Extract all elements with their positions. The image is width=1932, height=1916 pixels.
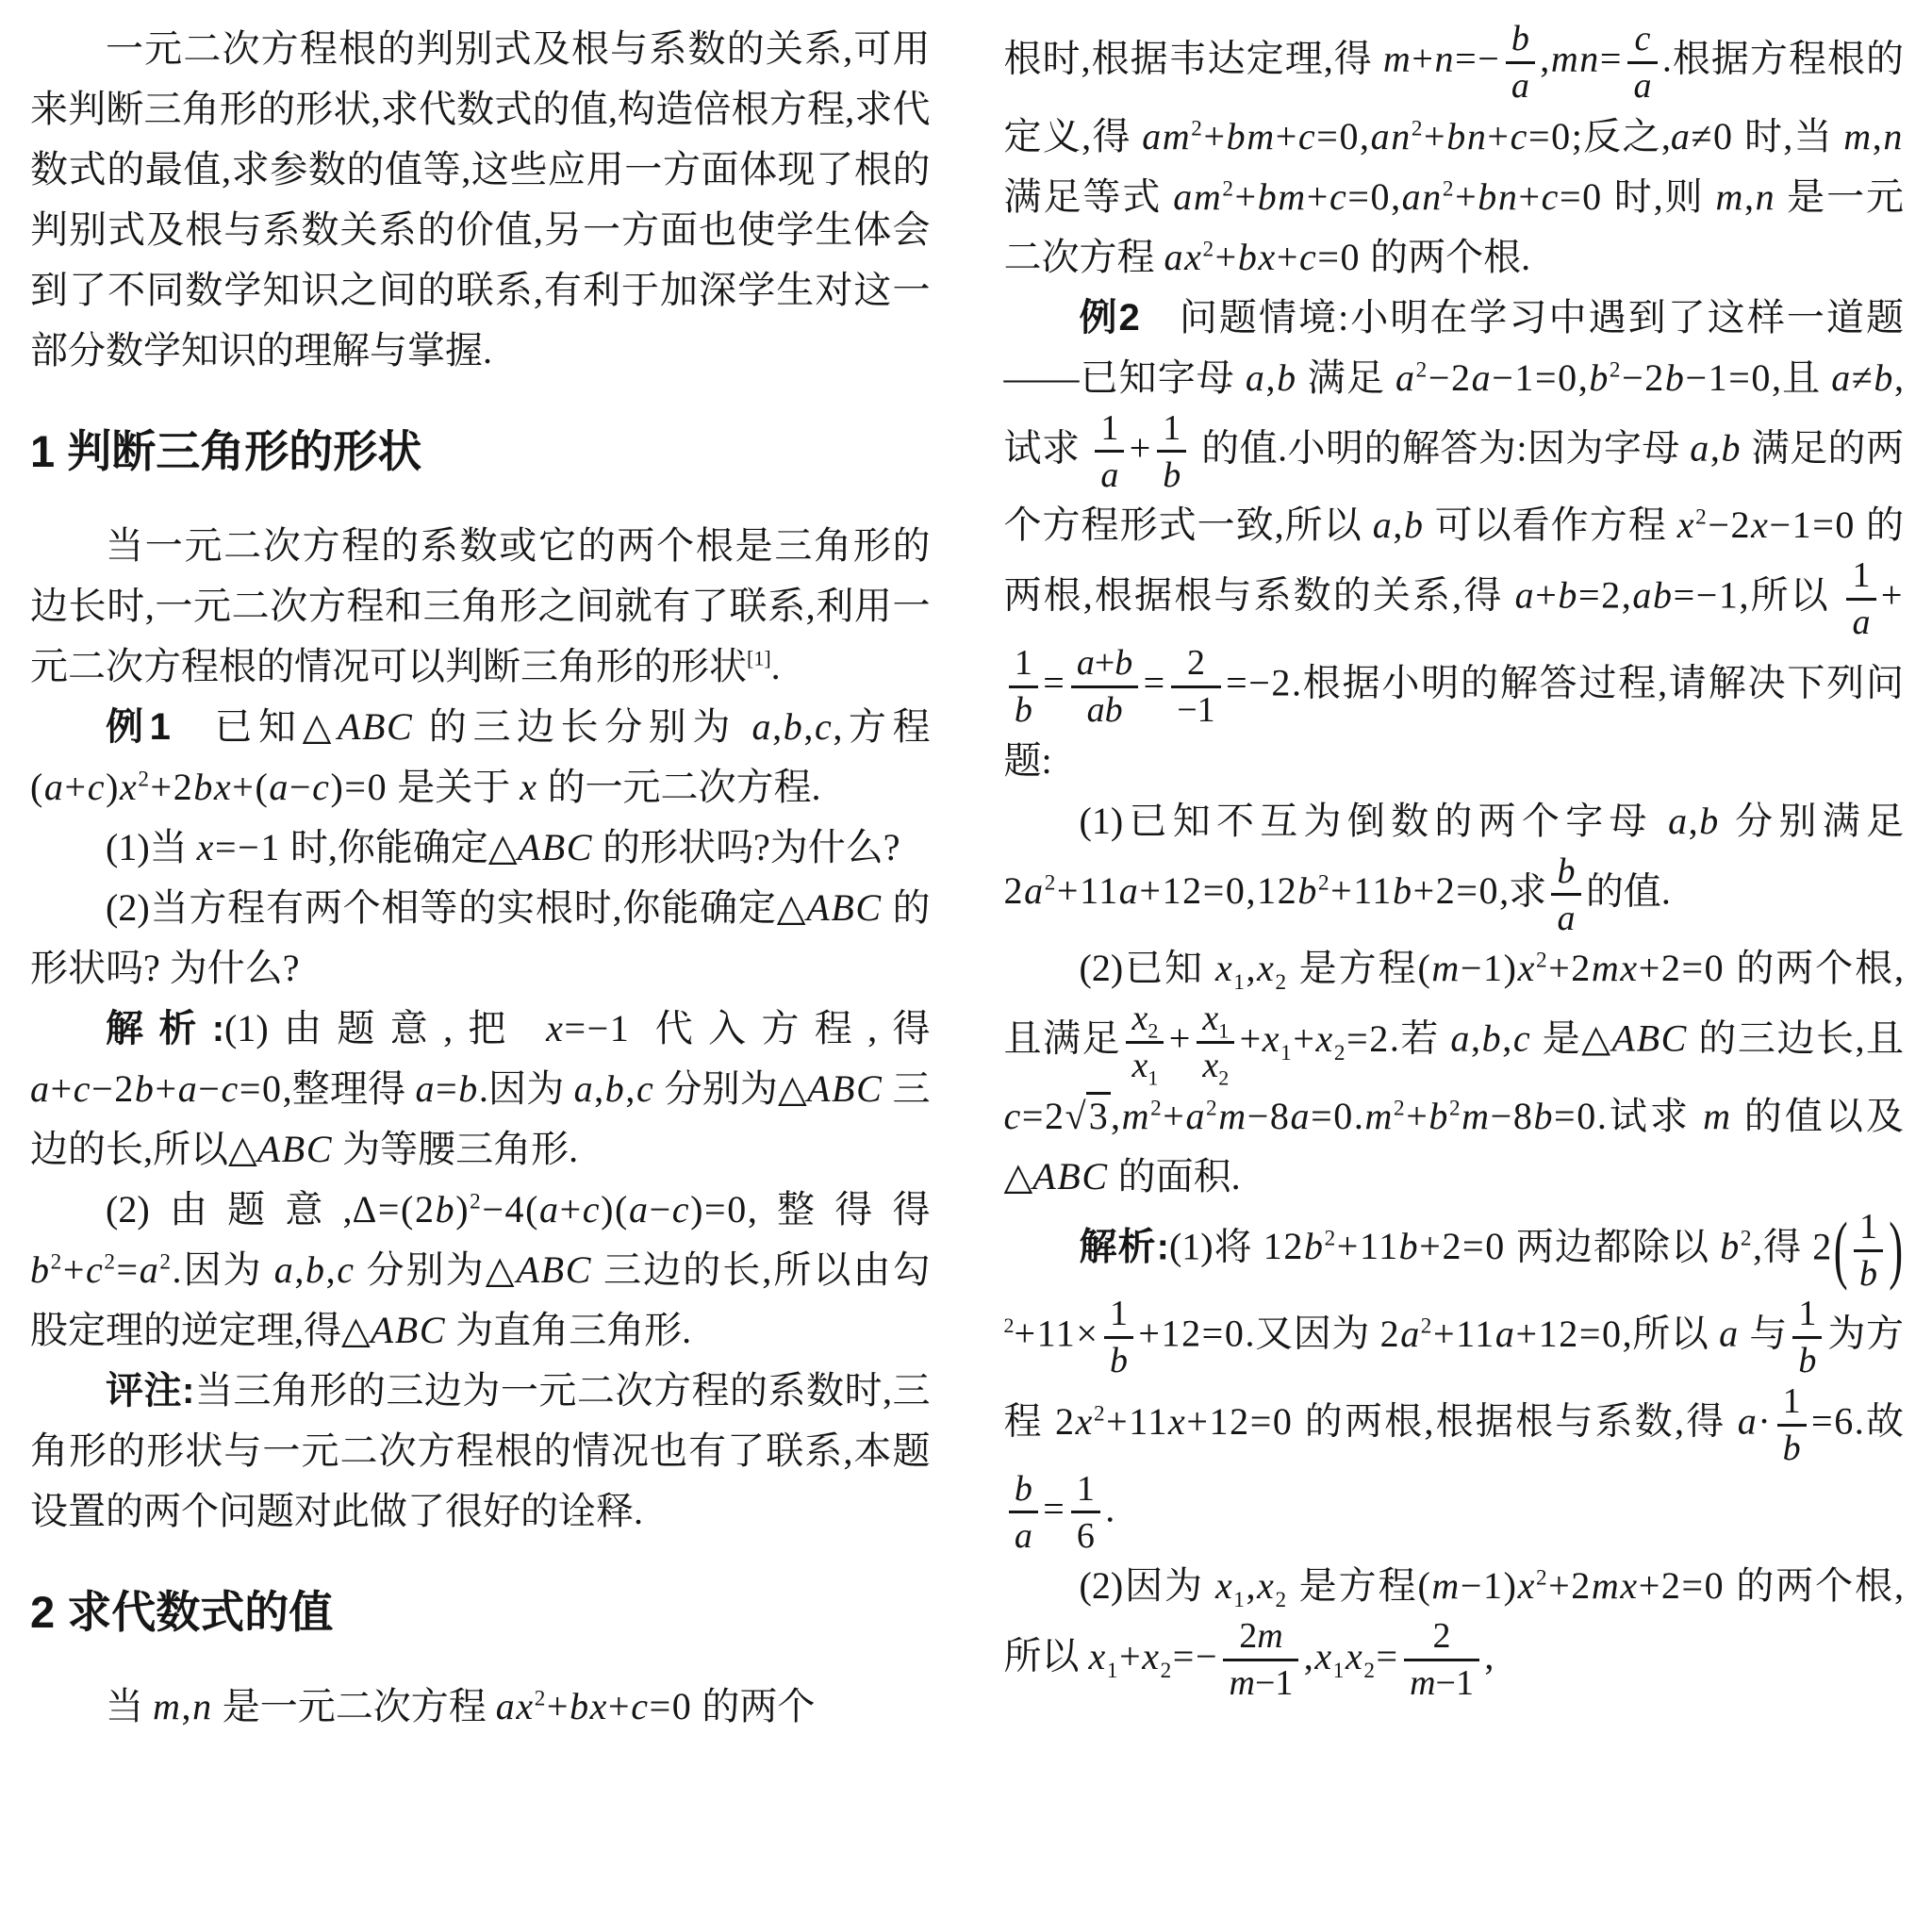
body-text: 的三边长,且 [1688, 1017, 1904, 1060]
math-symbol: + [51, 1067, 74, 1110]
math-symbol: 1 [1163, 408, 1181, 448]
math-symbol: =−1 [1674, 574, 1740, 617]
math-variable: ABC [1032, 1155, 1108, 1197]
math-symbol: =0 [1317, 236, 1361, 278]
math-symbol: 2 [1812, 1225, 1833, 1267]
math-inline: m2+b2m−8b=0 [1364, 1095, 1596, 1137]
math-variable: n [1756, 175, 1776, 218]
fraction-denominator: b [1009, 688, 1038, 731]
math-symbol: + [1119, 1635, 1142, 1677]
math-symbol: −4( [482, 1188, 539, 1231]
math-inline: = [1043, 1487, 1065, 1529]
paragraph: (1)已知不互为倒数的两个字母 a,b 分别满足 2a2+11a+12=0,12… [1004, 791, 1905, 939]
math-variable: x [1168, 1400, 1186, 1443]
body-text: ,求 [1499, 869, 1546, 912]
math-symbol: +12=0 [1186, 1400, 1293, 1443]
math-symbol: +12=0 [1138, 1313, 1245, 1355]
math-variable: a [1738, 1400, 1759, 1443]
math-symbol: +11 [1057, 869, 1119, 912]
body-text: ,方程 [833, 705, 930, 748]
subscript: 1 [1280, 1041, 1293, 1065]
math-symbol: =−2 [1226, 661, 1292, 703]
math-variable: a [1400, 1313, 1421, 1355]
math-variable: x [546, 1007, 564, 1049]
superscript: 2 [1449, 1096, 1461, 1120]
bold-label: 例2 [1080, 297, 1140, 339]
math-variable: b [1404, 504, 1425, 546]
math-symbol: =−1 [564, 1007, 630, 1049]
math-variable: a [44, 766, 65, 808]
math-variable: a [269, 766, 289, 808]
fraction-numerator: a+b [1071, 643, 1139, 688]
math-variable: bx [193, 766, 232, 808]
math-symbol: , [1540, 38, 1551, 80]
math-variable: am [1142, 115, 1191, 157]
body-text: .试求 [1597, 1095, 1703, 1137]
math-symbol: ≠0 [1691, 115, 1733, 157]
math-symbol: 1 [1015, 643, 1032, 683]
left-column: 一元二次方程根的判别式及根与系数的关系,可用来判断三角形的形状,求代数式的值,构… [30, 19, 931, 1916]
math-variable: a [1024, 869, 1045, 912]
math-inline: a,b,c [274, 1248, 355, 1291]
math-symbol: 2 [1239, 1616, 1257, 1656]
math-variable: m [1843, 115, 1873, 157]
body-text: 分别满足 [1720, 800, 1904, 842]
body-text: 可以看作方程 [1425, 504, 1677, 546]
math-symbol: +11 [1330, 869, 1393, 912]
math-inline: x1,x2 [1215, 947, 1288, 989]
fraction: ba [1506, 19, 1535, 107]
math-variable: ABC [807, 1067, 883, 1110]
math-inline: a,b [1373, 504, 1425, 546]
math-inline: +12=0 [1138, 1313, 1245, 1355]
body-text: . [1105, 1487, 1115, 1529]
fraction-numerator: 1 [1854, 1207, 1883, 1252]
math-variable: a [178, 1067, 199, 1110]
math-inline: ABC [1032, 1155, 1108, 1197]
math-inline: (a+c)x2+2bx+(a−c)=0 [30, 766, 388, 808]
paragraph: (2)由题意,Δ=(2b)2−4(a+c)(a−c)=0,整得得 b2+c2=a… [30, 1180, 931, 1361]
fraction-numerator: 2m [1223, 1616, 1298, 1661]
math-symbol: 1 [1110, 1294, 1128, 1333]
math-symbol: = [1377, 1635, 1399, 1677]
body-text: 的面积. [1109, 1155, 1241, 1197]
math-variable: ABC [1612, 1017, 1688, 1060]
fraction-denominator: a [1095, 453, 1124, 495]
math-variable: bm [1227, 115, 1276, 157]
math-symbol: −1 [1177, 690, 1214, 730]
superscript: 2 [1536, 1566, 1548, 1591]
math-variable: b [1558, 851, 1576, 891]
math-inline: m,n [153, 1685, 213, 1727]
math-symbol: −1) [1461, 947, 1518, 989]
body-text: 分别为△ [654, 1067, 807, 1110]
fraction-numerator: x2 [1126, 999, 1164, 1044]
math-variable: m [1715, 175, 1744, 218]
superscript: 2 [159, 1249, 172, 1274]
math-variable: ABC [338, 705, 413, 748]
math-inline: ABC [257, 1128, 333, 1170]
fraction-numerator: b [1009, 1469, 1038, 1514]
math-symbol: + [560, 1188, 583, 1231]
math-symbol: = [436, 1067, 458, 1110]
superscript: 2 [1191, 116, 1203, 140]
body-text: ,所以 [1739, 574, 1841, 617]
math-variable: c [815, 705, 833, 748]
body-text: 的两根,根据根与系数,得 [1294, 1400, 1738, 1443]
math-variable: x [1089, 1635, 1107, 1677]
body-text: , [1484, 1635, 1494, 1677]
math-symbol: +2=0 [1639, 947, 1726, 989]
body-text: 的一元二次方程. [538, 766, 821, 808]
body-text: 时,你能确定△ [281, 826, 518, 868]
math-inline: = [1043, 661, 1065, 703]
math-symbol: −2 [1428, 356, 1472, 399]
fraction: 2−1 [1171, 643, 1221, 731]
math-variable: b [1859, 1254, 1877, 1294]
body-text: .根据小明的解答过程,请解决下列问题: [1004, 661, 1905, 781]
math-symbol: − [650, 1188, 672, 1231]
fraction: a+bab [1071, 643, 1139, 731]
math-variable: m [1410, 1663, 1435, 1703]
superscript: 2 [1536, 949, 1548, 973]
math-variable: x [1263, 1017, 1280, 1060]
math-variable: a [1015, 1516, 1032, 1556]
body-text: (2)已知 [1080, 947, 1215, 989]
math-variable: c [1299, 236, 1317, 278]
math-inline: + [1169, 1017, 1192, 1060]
math-variable: b [1393, 869, 1413, 912]
math-symbol: =0 [239, 1067, 283, 1110]
math-variable: b [1720, 1225, 1741, 1267]
math-symbol: = [1144, 661, 1166, 703]
math-variable: a [30, 1067, 51, 1110]
fraction-numerator: 1 [1792, 1294, 1822, 1339]
fraction-denominator: b [1854, 1252, 1883, 1295]
math-variable: c [337, 1248, 355, 1291]
fraction-denominator: 6 [1071, 1513, 1100, 1556]
big-parenthesis: ( [1833, 1190, 1849, 1312]
superscript: 2 [1741, 1227, 1753, 1251]
math-symbol: 2 [1380, 1313, 1401, 1355]
paragraph: (2)当方程有两个相等的实根时,你能确定△ABC 的形状吗? 为什么? [30, 878, 931, 999]
math-variable: b [1015, 690, 1032, 730]
math-symbol: , [625, 1067, 636, 1110]
math-symbol: =0 [1528, 115, 1572, 157]
math-symbol: −1 [1255, 1663, 1293, 1703]
fraction-denominator: b [1157, 453, 1186, 495]
superscript: 2 [1394, 1096, 1406, 1120]
math-variable: c [221, 1067, 239, 1110]
superscript: 2 [1094, 1401, 1106, 1426]
math-variable: ax [496, 1685, 535, 1727]
superscript: 2 [1412, 116, 1424, 140]
sqrt-radical: √3 [1065, 1092, 1111, 1137]
math-symbol: , [326, 1248, 338, 1291]
superscript: 2 [1695, 505, 1708, 530]
math-symbol: =0, [1316, 115, 1370, 157]
math-symbol: + [1095, 643, 1115, 683]
math-variable: mn [1551, 38, 1600, 80]
math-variable: b [1699, 800, 1720, 842]
math-symbol: + [1518, 175, 1541, 218]
body-text: .若 [1390, 1017, 1451, 1060]
math-inline: x1+x2=− [1089, 1635, 1219, 1677]
math-variable: b [1277, 356, 1297, 399]
bold-label: 例1 [106, 706, 171, 748]
fraction-numerator: 1 [1846, 555, 1875, 601]
math-symbol: ( [30, 766, 44, 808]
math-inline: a,b,c [574, 1067, 655, 1110]
math-variable: b [458, 1067, 479, 1110]
math-inline: ABC [371, 1309, 446, 1351]
math-symbol: 12 [1263, 1225, 1304, 1267]
math-variable: x [1518, 1564, 1536, 1607]
math-symbol: +11 [1433, 1313, 1495, 1355]
math-symbol: = [117, 1248, 140, 1291]
math-variable: b [1297, 869, 1318, 912]
superscript: 2 [1150, 1096, 1163, 1120]
math-variable: b [1482, 1017, 1503, 1060]
body-text: 是方程 [1288, 1564, 1418, 1607]
math-variable: ABC [257, 1128, 333, 1170]
math-variable: b [1015, 1469, 1032, 1509]
math-symbol: +2=0 [1639, 1564, 1726, 1607]
paragraph: (2)已知 x1,x2 是方程(m−1)x2+2mx+2=0 的两个根,且满足x… [1004, 938, 1905, 1207]
math-variable: ab [1087, 690, 1123, 730]
body-text: ,整得得 [748, 1188, 931, 1231]
math-symbol: 2 [1187, 643, 1205, 683]
math-symbol: −1) [1461, 1564, 1518, 1607]
math-inline: ABC [338, 705, 413, 748]
fraction: ca [1627, 19, 1657, 107]
math-symbol: +11 [1106, 1400, 1168, 1443]
math-variable: m [1431, 1564, 1461, 1607]
math-symbol: , [1502, 1017, 1513, 1060]
math-variable: b [1665, 356, 1686, 399]
math-variable: x [1257, 1564, 1275, 1607]
math-inline: ,mn= [1540, 38, 1623, 80]
math-symbol: −1=0 [1769, 504, 1856, 546]
paragraph: 例1 已知△ABC 的三边长分别为 a,b,c,方程 (a+c)x2+2bx+(… [30, 697, 931, 818]
math-symbol: +12=0,12 [1139, 869, 1297, 912]
fraction-denominator: m−1 [1223, 1661, 1298, 1704]
superscript: 2 [104, 1249, 116, 1274]
math-inline: = [1144, 661, 1166, 703]
math-symbol: 2 [1433, 1616, 1451, 1656]
math-inline: ,x1x2= [1304, 1635, 1399, 1677]
math-symbol: + [1412, 38, 1434, 80]
subscript: 1 [1107, 1659, 1119, 1683]
math-symbol: , [594, 1067, 605, 1110]
math-variable: mx [1592, 1564, 1639, 1607]
math-symbol: + [1881, 574, 1904, 617]
math-inline: a2−2a−1=0,b2−2b−1=0 [1395, 356, 1772, 399]
body-text: (1)由题意,把 [224, 1007, 546, 1049]
math-symbol: 2 [1055, 1400, 1076, 1443]
body-text: 是一元二次方程 [213, 1685, 496, 1727]
math-symbol: +2 [1548, 1564, 1592, 1607]
math-variable: b [1115, 643, 1132, 683]
math-inline: a,b [1668, 800, 1720, 842]
math-symbol: , [294, 1248, 305, 1291]
paragraph: 根时,根据韦达定理,得 m+n=−ba,mn=ca.根据方程根的定义,得 am2… [1004, 19, 1905, 288]
math-symbol: + [1169, 1017, 1192, 1060]
math-variable: n [1434, 38, 1455, 80]
math-inline: + [1881, 574, 1904, 617]
superscript: 2 [1325, 1227, 1337, 1251]
math-variable: c [86, 1248, 104, 1291]
math-symbol: + [1406, 1095, 1428, 1137]
fraction-denominator: a [1551, 896, 1580, 938]
math-variable: a [1515, 574, 1536, 617]
math-variable: b [1722, 426, 1742, 469]
math-symbol: −1=0 [1686, 356, 1773, 399]
math-symbol: , [1393, 504, 1404, 546]
fraction-denominator: −1 [1171, 688, 1221, 731]
fraction-denominator: b [1104, 1339, 1133, 1381]
math-variable: c [636, 1067, 654, 1110]
math-symbol: , [1247, 1564, 1258, 1607]
body-text: (2)由题意, [106, 1188, 353, 1231]
body-text: (1)将 [1169, 1225, 1263, 1267]
math-variable: bm [1258, 175, 1307, 218]
superscript: 2 [1202, 237, 1214, 261]
math-variable: m [1218, 1095, 1247, 1137]
paragraph: 一元二次方程根的判别式及根与系数的关系,可用来判断三角形的形状,求代数式的值,构… [30, 19, 931, 381]
math-variable: a [1719, 1313, 1740, 1355]
math-variable: c [1542, 175, 1560, 218]
math-variable: a [1668, 800, 1689, 842]
math-inline: am2+bm+c=0,an2+bn+c=0 [1173, 175, 1603, 218]
math-variable: c [631, 1685, 649, 1727]
math-variable: x [120, 766, 138, 808]
math-symbol: − [289, 766, 312, 808]
math-variable: m [1364, 1095, 1394, 1137]
math-inline: m+n=− [1383, 38, 1501, 80]
math-symbol: =− [1173, 1635, 1218, 1677]
math-variable: a [1472, 356, 1493, 399]
math-variable: x [1215, 1564, 1233, 1607]
math-symbol: −2 [1622, 356, 1665, 399]
math-symbol: +2 [1548, 947, 1592, 989]
math-symbol: + [1293, 1017, 1315, 1060]
math-symbol: )( [601, 1188, 629, 1231]
math-inline: 2a2+11a+12=0,12b2+11b+2=0 [1004, 869, 1500, 912]
subscript: 1 [1333, 1659, 1346, 1683]
math-variable: x [1202, 1046, 1218, 1085]
math-variable: a [1511, 66, 1529, 106]
math-variable: m [1703, 1095, 1732, 1137]
math-symbol: , [1304, 1635, 1315, 1677]
math-variable: b [1533, 1095, 1554, 1137]
math-variable: a [1852, 603, 1870, 642]
math-symbol: ) [106, 766, 120, 808]
radicand: 3 [1086, 1092, 1111, 1137]
math-symbol: + [1424, 115, 1446, 157]
math-inline: m,n [1715, 175, 1775, 218]
fraction-numerator: 1 [1009, 643, 1038, 688]
math-symbol: +11 [1337, 1225, 1399, 1267]
math-variable: b [1428, 1095, 1449, 1137]
body-text: 的三边长分别为 [413, 705, 751, 748]
math-variable: x [1131, 999, 1148, 1038]
math-variable: bx [570, 1685, 608, 1727]
body-text: .故 [1855, 1400, 1904, 1443]
math-symbol: , [803, 705, 815, 748]
fraction-numerator: 1 [1777, 1381, 1807, 1427]
math-variable: a [1395, 356, 1416, 399]
math-symbol: + [1130, 426, 1152, 469]
math-symbol: =0 [650, 1685, 693, 1727]
article-page: 一元二次方程根的判别式及根与系数的关系,可用来判断三角形的形状,求代数式的值,构… [0, 0, 1932, 1916]
math-variable: c [1298, 115, 1316, 157]
paragraph: 解析:(1)由题意,把 x=−1 代入方程,得 a+c−2b+a−c=0,整理得… [30, 999, 931, 1180]
math-variable: a [752, 705, 773, 748]
fraction-denominator: x1 [1126, 1044, 1164, 1086]
body-text: .因为 [173, 1248, 274, 1291]
body-text: .又因为 [1245, 1313, 1379, 1355]
math-symbol: + [1240, 1017, 1263, 1060]
subscript: 2 [1161, 1659, 1173, 1683]
math-variable: a [1185, 1095, 1206, 1137]
fraction: 1b [1792, 1294, 1822, 1381]
body-text: 的两个根. [1361, 236, 1530, 278]
section-heading: 1 判断三角形的形状 [30, 424, 931, 480]
math-symbol: , [182, 1685, 193, 1727]
subscript: 2 [1218, 1066, 1229, 1090]
body-text: 时,当 [1734, 115, 1844, 157]
math-symbol: + [1215, 236, 1238, 278]
body-text: 的两个 [692, 1685, 815, 1727]
math-symbol: +( [232, 766, 269, 808]
math-symbol: )=0 [690, 1188, 748, 1231]
fraction-numerator: 1 [1095, 408, 1124, 454]
math-variable: c [1635, 19, 1651, 58]
math-symbol: + [1535, 574, 1558, 617]
math-symbol: 1 [1852, 555, 1870, 595]
math-variable: b [1304, 1225, 1325, 1267]
math-variable: c [1513, 1017, 1531, 1060]
math-inline: a≠b [1831, 356, 1894, 399]
math-variable: b [436, 1188, 456, 1231]
math-symbol: , [1873, 115, 1884, 157]
math-symbol: , [1471, 1017, 1482, 1060]
body-text: ;反之, [1572, 115, 1671, 157]
math-inline: a+c−2b+a−c=0 [30, 1067, 283, 1110]
body-text: 满足 [1297, 356, 1395, 399]
body-text: ,且 [1772, 356, 1831, 399]
body-text: 的值. [1586, 869, 1671, 912]
math-inline: a,b,c [752, 705, 834, 748]
math-variable: a [539, 1188, 560, 1231]
math-inline: +x1+x2=2 [1240, 1017, 1390, 1060]
math-symbol: + [1455, 175, 1478, 218]
math-inline: Δ=(2b)2−4(a+c)(a−c)=0 [353, 1188, 748, 1231]
fraction: 1b [1777, 1381, 1807, 1469]
math-symbol: 1 [1100, 408, 1118, 448]
math-variable: am [1173, 175, 1222, 218]
math-inline: x=−1 [546, 1007, 630, 1049]
math-variable: a [1100, 455, 1118, 495]
math-variable: b [1798, 1341, 1816, 1380]
body-text: 一元二次方程根的判别式及根与系数的关系,可用来判断三角形的形状,求代数式的值,构… [30, 27, 931, 372]
math-symbol: 1 [1783, 1381, 1801, 1421]
fraction-denominator: b [1777, 1427, 1807, 1469]
math-variable: ABC [806, 886, 882, 929]
math-symbol: , [772, 705, 784, 748]
math-variable: m [153, 1685, 182, 1727]
